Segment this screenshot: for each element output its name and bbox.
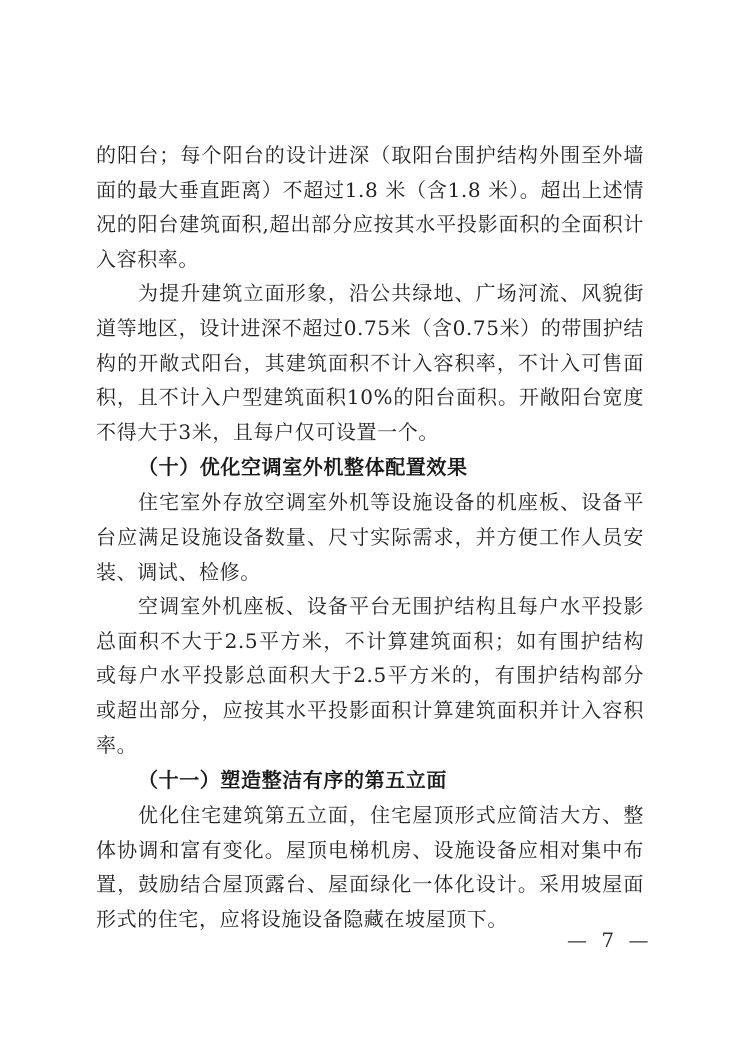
paragraph-fifth-facade: 优化住宅建筑第五立面，住宅屋顶形式应简洁大方、整体协调和富有变化。屋顶电梯机房、… (96, 798, 644, 936)
document-body: 的阳台；每个阳台的设计进深（取阳台围护结构外围至外墙面的最大垂直距离）不超过1.… (96, 138, 644, 936)
paragraph-ac-platform-requirements: 住宅室外存放空调室外机等设施设备的机座板、设备平台应满足设施设备数量、尺寸实际需… (96, 485, 644, 589)
paragraph-ac-platform-area: 空调室外机座板、设备平台无围护结构且每户水平投影总面积不大于2.5平方米，不计算… (96, 589, 644, 762)
section-heading-10: （十）优化空调室外机整体配置效果 (96, 449, 644, 485)
paragraph-open-balcony: 为提升建筑立面形象，沿公共绿地、广场河流、风貌街道等地区，设计进深不超过0.75… (96, 276, 644, 449)
section-heading-11: （十一）塑造整洁有序的第五立面 (96, 762, 644, 798)
paragraph-balcony-depth: 的阳台；每个阳台的设计进深（取阳台围护结构外围至外墙面的最大垂直距离）不超过1.… (96, 138, 644, 276)
page-number: — 7 — (567, 928, 652, 952)
